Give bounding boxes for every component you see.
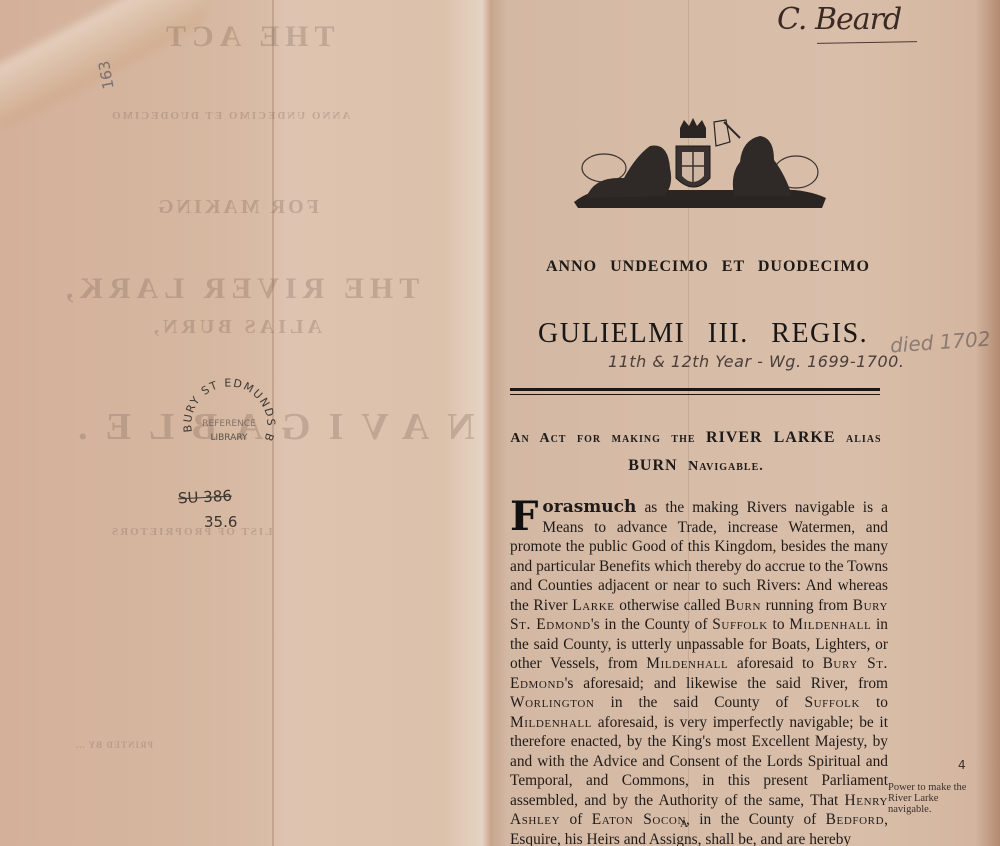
act-title-burn: BURN	[628, 457, 677, 474]
act-title-river: RIVER LARKE	[706, 429, 835, 446]
body-run: otherwise called	[615, 597, 725, 614]
signature-mark: A	[680, 818, 688, 830]
ghost-text: ALIAS BURN,	[150, 316, 322, 339]
library-stamp: BURY ST EDMUNDS BOROUGH REFERENCE LIBRAR…	[176, 370, 282, 476]
place-name: Eaton Socon	[592, 811, 686, 828]
signature-underline	[817, 41, 917, 44]
act-body: Forasmuch as the making Rivers navigable…	[510, 498, 888, 846]
margin-note: Power to make the River Larke navigable.	[888, 782, 974, 815]
body-run: of	[560, 811, 592, 828]
right-page: 4 C. Beard ANNO UNDECIMO ET DUODECIMO GU…	[492, 0, 1000, 846]
act-title-line-2: BURN Navigable.	[510, 452, 882, 480]
place-name: Mildenhall	[510, 714, 592, 731]
ghost-text: PRINTED BY ...	[75, 740, 153, 750]
place-name: Larke	[572, 597, 614, 614]
act-title-alias: alias	[846, 431, 882, 446]
body-run: 's aforesaid; and likewise the said Rive…	[565, 675, 888, 692]
place-name: Worlington	[510, 694, 595, 711]
body-run: to	[860, 694, 888, 711]
act-title-prefix: An Act for making the	[510, 431, 695, 446]
place-name: Mildenhall	[646, 655, 728, 672]
place-name: Bedford	[826, 811, 884, 828]
drop-cap: F	[510, 500, 538, 534]
place-name: Suffolk	[804, 694, 860, 711]
act-title-line-1: An Act for making the RIVER LARKE alias	[510, 424, 882, 452]
shelfmark-old: SU 386	[178, 487, 233, 508]
body-run: , in the County of	[686, 811, 826, 828]
act-title: An Act for making the RIVER LARKE alias …	[510, 424, 882, 480]
regnal-header: ANNO UNDECIMO ET DUODECIMO	[546, 258, 870, 276]
body-run: aforesaid to	[728, 655, 822, 672]
ghost-text: ANNO UNDECIMO ET DUODECIMO	[110, 110, 350, 122]
body-run: 's in the County of	[591, 616, 712, 633]
owner-signature: C. Beard	[777, 2, 901, 37]
body-run: running from	[761, 597, 853, 614]
body-run: in the said County of	[595, 694, 805, 711]
ghost-text: THE RIVER LARK,	[60, 272, 419, 306]
left-page: THE ACT ANNO UNDECIMO ET DUODECIMO FOR M…	[0, 0, 492, 846]
stamp-icon: BURY ST EDMUNDS BOROUGH REFERENCE LIBRAR…	[176, 370, 282, 476]
body-run: to	[768, 616, 789, 633]
document-spread: THE ACT ANNO UNDECIMO ET DUODECIMO FOR M…	[0, 0, 1000, 846]
royal-coat-of-arms-icon	[564, 116, 830, 212]
document-title: GULIELMI III. REGIS.	[538, 318, 868, 350]
title-rule-thin	[510, 394, 880, 395]
pencil-annotation-died: died 1702	[889, 327, 991, 358]
act-paragraph: Forasmuch as the making Rivers navigable…	[510, 498, 888, 846]
stamp-inner-1: REFERENCE	[202, 419, 256, 429]
place-name: Burn	[725, 597, 761, 614]
stamp-inner-2: LIBRARY	[210, 433, 248, 443]
first-word: orasmuch	[542, 497, 636, 517]
pencil-annotation-years: 11th & 12th Year - Wg. 1699-1700.	[608, 352, 904, 371]
ghost-text: LIST OF PROPRIETORS	[110, 526, 273, 538]
edge-mark: 4	[958, 758, 966, 772]
ghost-text: FOR MAKING	[155, 196, 319, 219]
ghost-text: THE ACT	[160, 20, 335, 54]
place-name: Mildenhall	[789, 616, 871, 633]
shelfmark-new: 35.6	[204, 513, 237, 531]
place-name: Suffolk	[712, 616, 768, 633]
title-rule	[510, 388, 880, 391]
act-title-navigable: Navigable.	[688, 459, 764, 474]
